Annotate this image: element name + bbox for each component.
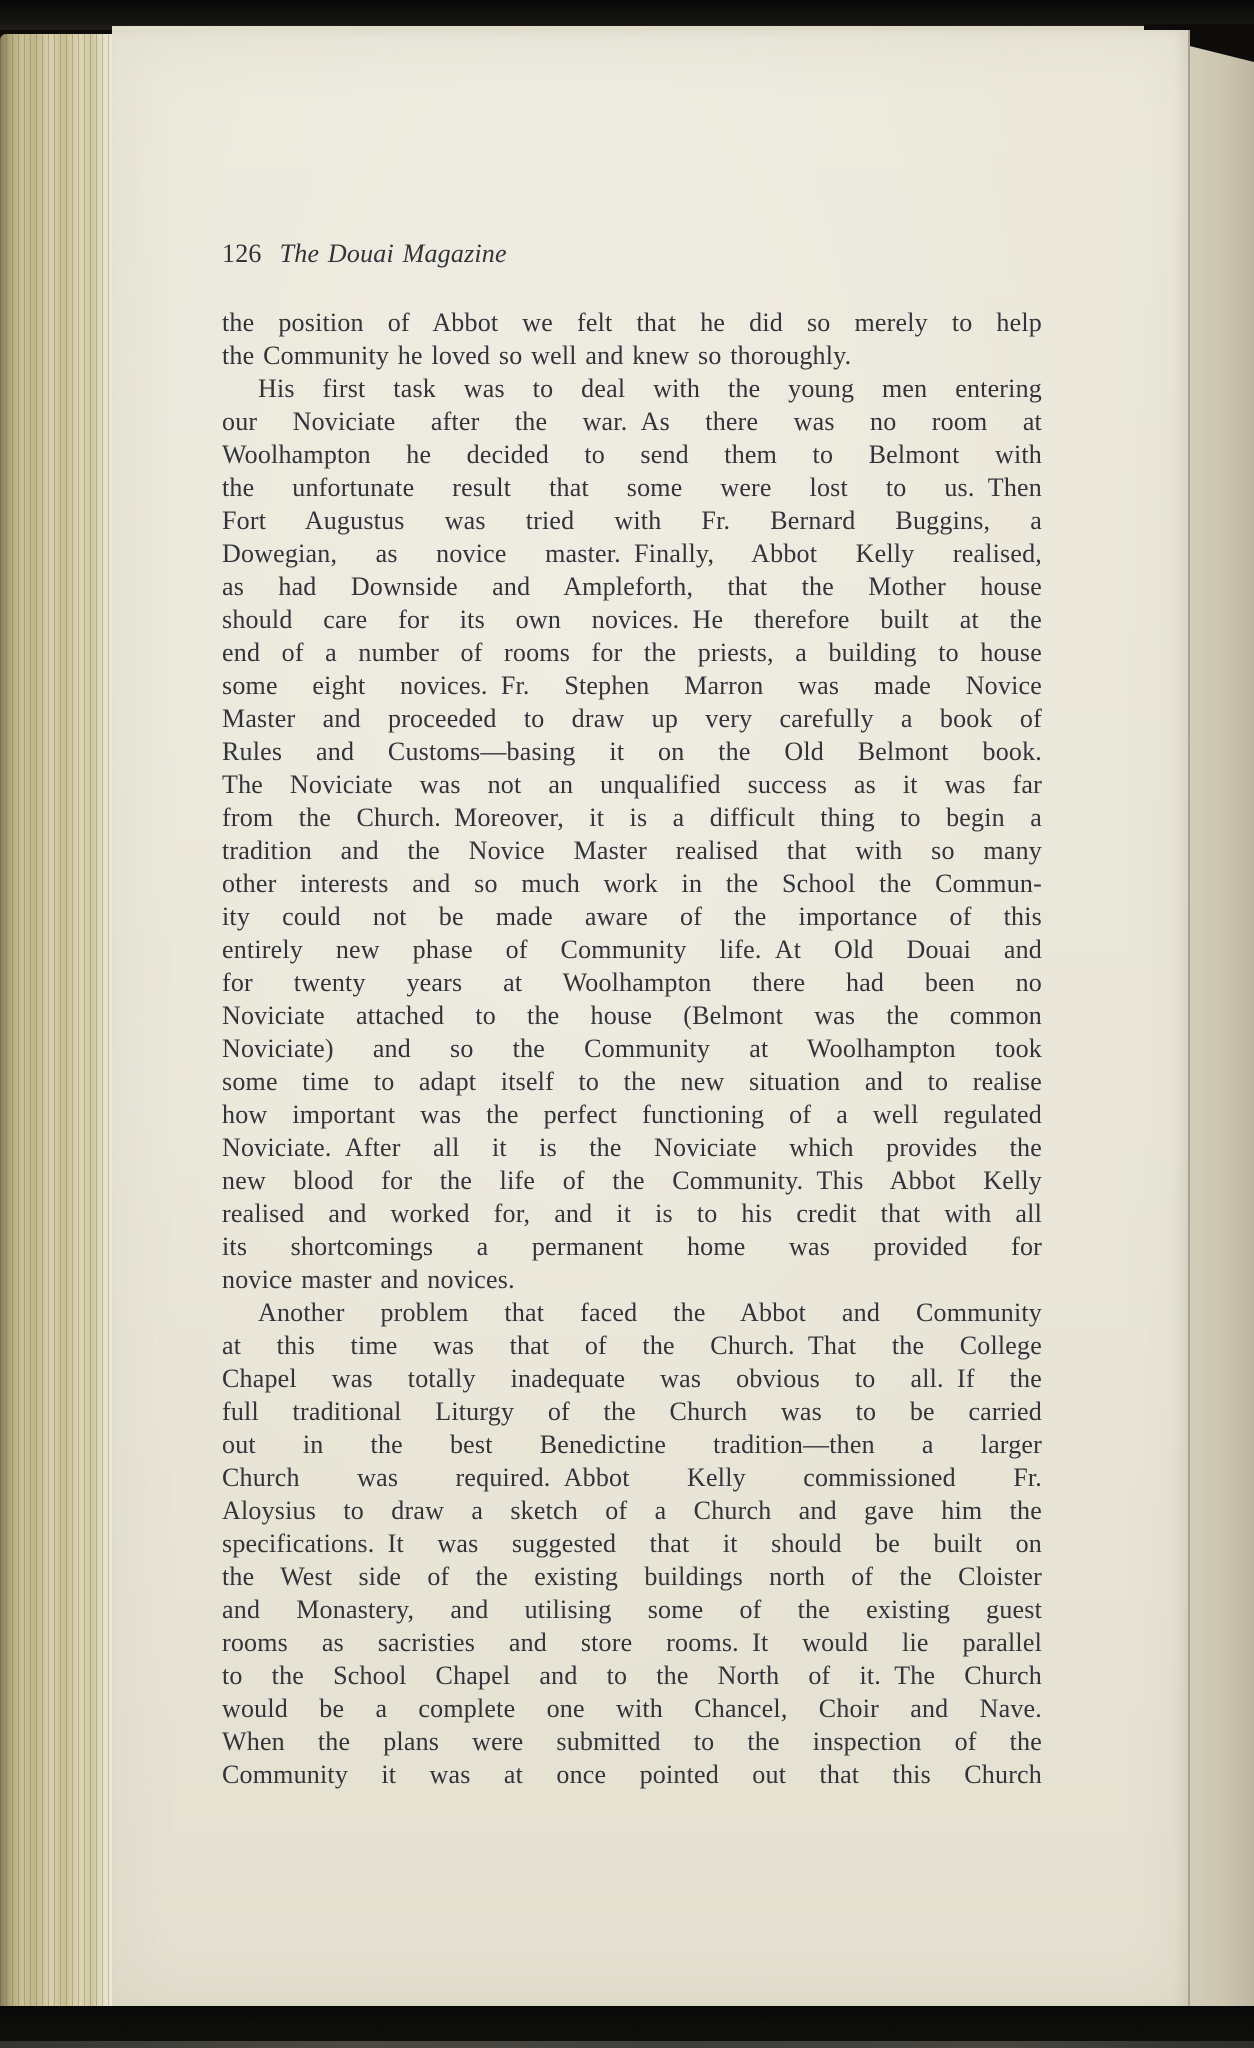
running-title: The Douai Magazine bbox=[280, 239, 507, 268]
text-line: new blood for the life of the Community.… bbox=[222, 1164, 1042, 1197]
text-line: Woolhampton he decided to send them to B… bbox=[222, 438, 1042, 471]
paragraph: Another problem that faced the Abbot and… bbox=[222, 1296, 1042, 1791]
text-line: end of a number of rooms for the priests… bbox=[222, 636, 1042, 669]
text-line: as had Downside and Ampleforth, that the… bbox=[222, 570, 1042, 603]
text-line: His first task was to deal with the youn… bbox=[222, 372, 1042, 405]
text-line: realised and worked for, and it is to hi… bbox=[222, 1197, 1042, 1230]
text-line: Church was required. Abbot Kelly commiss… bbox=[222, 1461, 1042, 1494]
text-line: tradition and the Novice Master realised… bbox=[222, 834, 1042, 867]
paragraph: the position of Abbot we felt that he di… bbox=[222, 306, 1042, 372]
text-line: at this time was that of the Church. Tha… bbox=[222, 1329, 1042, 1362]
text-line: novice master and novices. bbox=[222, 1263, 1042, 1296]
text-line: The Noviciate was not an unqualified suc… bbox=[222, 768, 1042, 801]
text-line: entirely new phase of Community life. At… bbox=[222, 933, 1042, 966]
text-line: Noviciate. After all it is the Noviciate… bbox=[222, 1131, 1042, 1164]
text-line: Rules and Customs—basing it on the Old B… bbox=[222, 735, 1042, 768]
text-block: the position of Abbot we felt that he di… bbox=[222, 306, 1042, 1791]
text-line: how important was the perfect functionin… bbox=[222, 1098, 1042, 1131]
text-line: should care for its own novices. He ther… bbox=[222, 603, 1042, 636]
text-line: ity could not be made aware of the impor… bbox=[222, 900, 1042, 933]
text-line: Noviciate) and so the Community at Woolh… bbox=[222, 1032, 1042, 1065]
text-line: would be a complete one with Chancel, Ch… bbox=[222, 1692, 1042, 1725]
text-line: Noviciate attached to the house (Belmont… bbox=[222, 999, 1042, 1032]
text-line: the Community he loved so well and knew … bbox=[222, 339, 1042, 372]
page-number: 126 bbox=[222, 237, 262, 270]
text-line: some eight novices. Fr. Stephen Marron w… bbox=[222, 669, 1042, 702]
text-line: the unfortunate result that some were lo… bbox=[222, 471, 1042, 504]
text-line: full traditional Liturgy of the Church w… bbox=[222, 1395, 1042, 1428]
text-line: Chapel was totally inadequate was obviou… bbox=[222, 1362, 1042, 1395]
page-header: 126The Douai Magazine bbox=[222, 237, 507, 270]
page-content: 126The Douai Magazine the position of Ab… bbox=[222, 0, 1042, 2048]
text-line: some time to adapt itself to the new sit… bbox=[222, 1065, 1042, 1098]
text-line: its shortcomings a permanent home was pr… bbox=[222, 1230, 1042, 1263]
text-line: Another problem that faced the Abbot and… bbox=[222, 1296, 1042, 1329]
text-line: our Noviciate after the war. As there wa… bbox=[222, 405, 1042, 438]
text-line: for twenty years at Woolhampton there ha… bbox=[222, 966, 1042, 999]
text-line: other interests and so much work in the … bbox=[222, 867, 1042, 900]
text-line: Aloysius to draw a sketch of a Church an… bbox=[222, 1494, 1042, 1527]
text-line: from the Church. Moreover, it is a diffi… bbox=[222, 801, 1042, 834]
text-line: rooms as sacristies and store rooms. It … bbox=[222, 1626, 1042, 1659]
text-line: Master and proceeded to draw up very car… bbox=[222, 702, 1042, 735]
text-line: to the School Chapel and to the North of… bbox=[222, 1659, 1042, 1692]
text-line: out in the best Benedictine tradition—th… bbox=[222, 1428, 1042, 1461]
text-line: and Monastery, and utilising some of the… bbox=[222, 1593, 1042, 1626]
text-line: specifications. It was suggested that it… bbox=[222, 1527, 1042, 1560]
paragraph: His first task was to deal with the youn… bbox=[222, 372, 1042, 1296]
page-edges-left-stack bbox=[0, 34, 118, 2006]
text-line: Community it was at once pointed out tha… bbox=[222, 1758, 1042, 1791]
book-scan: { "document": { "page_number": "126", "r… bbox=[0, 0, 1254, 2048]
text-line: When the plans were submitted to the ins… bbox=[222, 1725, 1042, 1758]
text-line: Fort Augustus was tried with Fr. Bernard… bbox=[222, 504, 1042, 537]
text-line: the position of Abbot we felt that he di… bbox=[222, 306, 1042, 339]
text-line: the West side of the existing buildings … bbox=[222, 1560, 1042, 1593]
text-line: Dowegian, as novice master. Finally, Abb… bbox=[222, 537, 1042, 570]
